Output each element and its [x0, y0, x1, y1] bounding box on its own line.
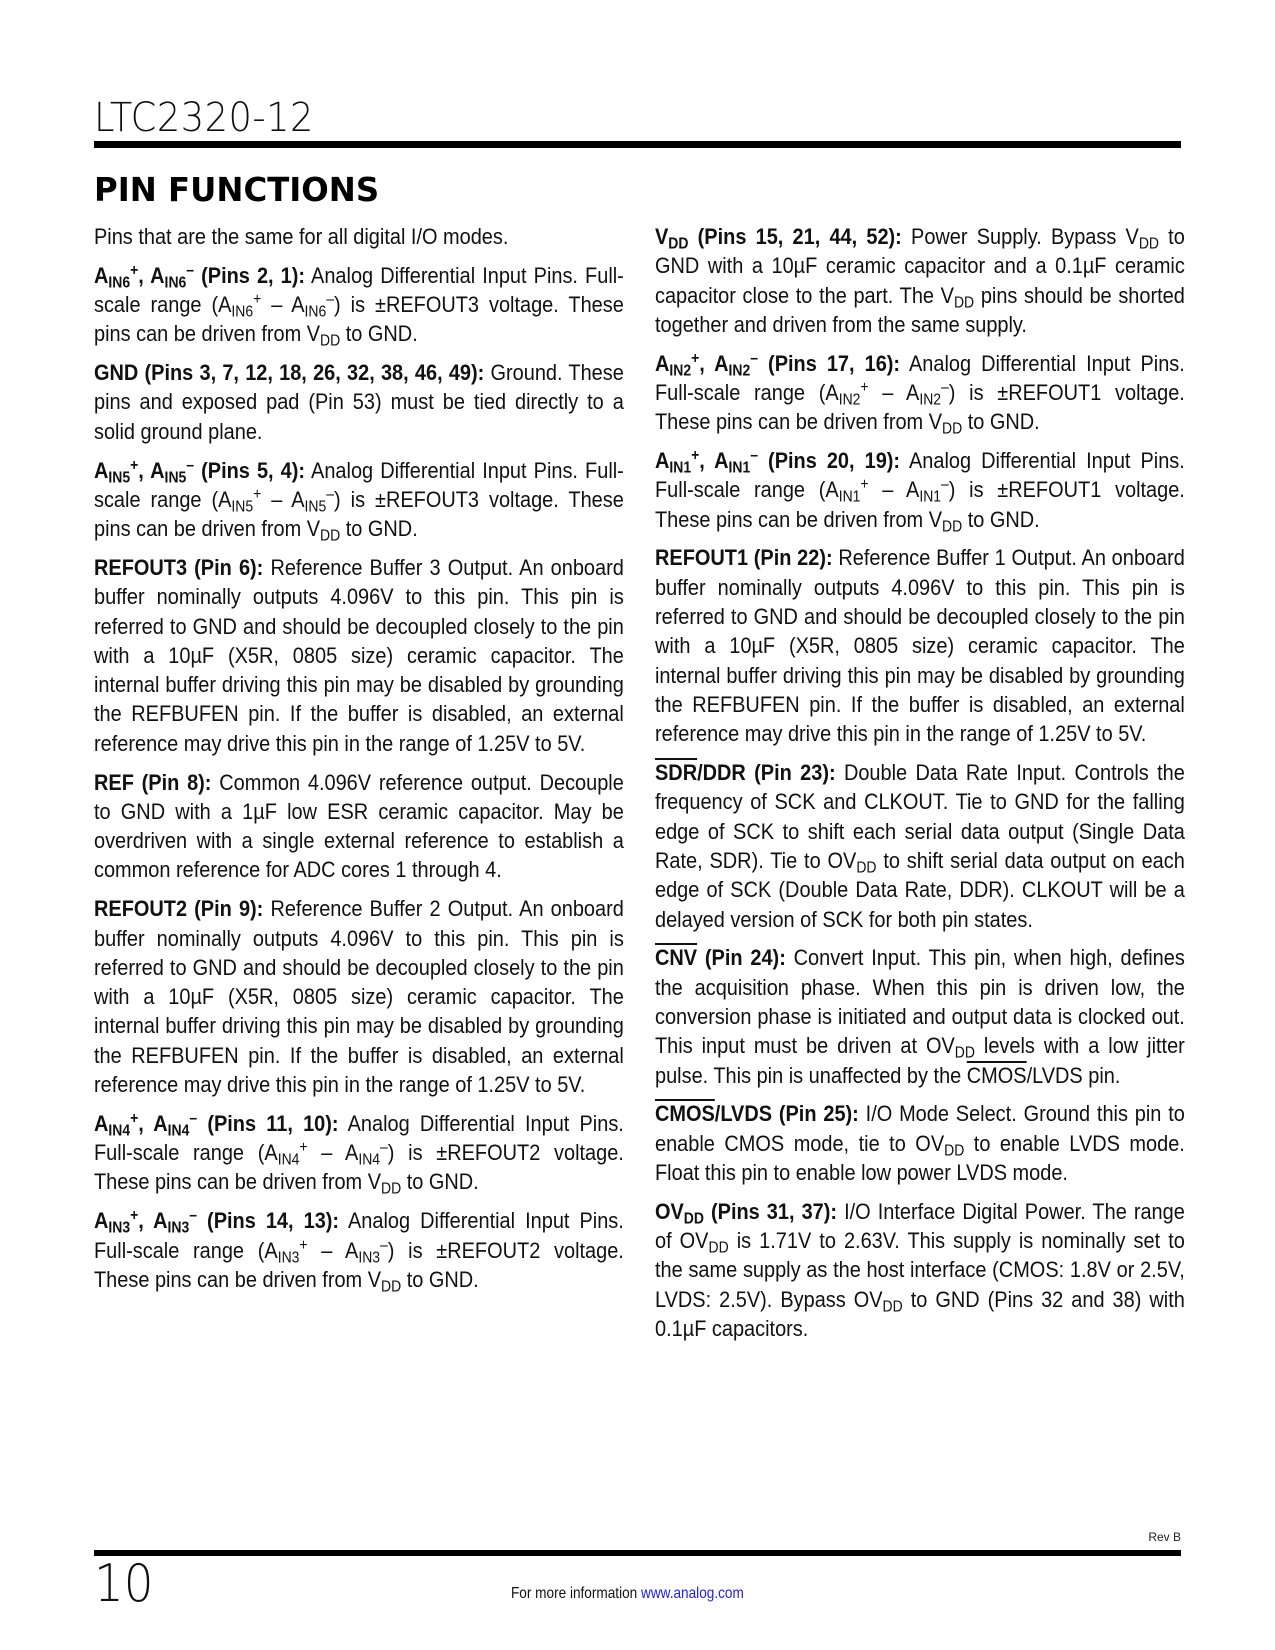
- text-run: DD: [942, 421, 962, 438]
- text-run: Power Supply. Bypass V: [902, 224, 1139, 249]
- text-run: Reference Buffer 2 Output. An onboard bu…: [94, 896, 624, 1097]
- pin-name: SDR: [655, 760, 697, 785]
- pin-description-vdd: VDD (Pins 15, 21, 44, 52): Power Supply.…: [655, 222, 1185, 339]
- pin-name: CMOS: [655, 1101, 715, 1126]
- pin-name: A: [94, 458, 108, 483]
- footer-rule: [94, 1550, 1181, 1556]
- pin-description-ref: REF (Pin 8): Common 4.096V reference out…: [94, 768, 624, 885]
- text-run: DD: [381, 1278, 401, 1295]
- text-run: IN4: [108, 1122, 130, 1139]
- pin-name: CNV: [655, 945, 697, 970]
- text-run: DD: [1139, 235, 1159, 252]
- text-run: (Pins 31, 37):: [704, 1199, 837, 1224]
- text-run: IN6: [305, 304, 327, 321]
- text-run: +: [691, 350, 699, 367]
- text-run: to GND.: [340, 321, 418, 346]
- text-run: DD: [320, 528, 340, 545]
- text-run: IN3: [278, 1249, 300, 1266]
- text-run: (Pin 24):: [697, 945, 786, 970]
- text-run: (Pins 5, 4):: [194, 458, 305, 483]
- pin-description-gnd: GND (Pins 3, 7, 12, 18, 26, 32, 38, 46, …: [94, 358, 624, 446]
- page-number: 10: [94, 1556, 154, 1612]
- text-run: –: [186, 457, 194, 474]
- text-run: IN2: [919, 391, 941, 408]
- pin-name: REFOUT1 (Pin 22):: [655, 545, 833, 570]
- pin-name: REFOUT2 (Pin 9):: [94, 896, 263, 921]
- text-run: IN5: [305, 498, 327, 515]
- pin-name: A: [94, 1111, 108, 1136]
- text-run: DD: [942, 518, 962, 535]
- pin-name: REF (Pin 8):: [94, 770, 211, 795]
- pin-name: A: [655, 448, 669, 473]
- text-run: Reference Buffer 1 Output. An onboard bu…: [655, 545, 1185, 746]
- text-run: (Pins 15, 21, 44, 52):: [688, 224, 901, 249]
- text-run: DD: [684, 1210, 704, 1227]
- pin-description-ain2: AIN2+, AIN2– (Pins 17, 16): Analog Diffe…: [655, 349, 1185, 437]
- text-run: IN4: [168, 1122, 190, 1139]
- text-run: (Pins 14, 13):: [197, 1208, 339, 1233]
- text-run: to GND.: [401, 1267, 479, 1292]
- text-run: IN6: [165, 274, 187, 291]
- text-run: –: [941, 477, 949, 494]
- text-run: IN2: [729, 362, 751, 379]
- text-run: /LVDS pin.: [1027, 1063, 1121, 1088]
- text-run: IN4: [278, 1152, 300, 1169]
- text-run: –: [380, 1237, 388, 1254]
- text-run: – A: [869, 477, 920, 502]
- pin-description-ain4: AIN4+, AIN4– (Pins 11, 10): Analog Diffe…: [94, 1109, 624, 1197]
- pin-description-ovdd: OVDD (Pins 31, 37): I/O Interface Digita…: [655, 1197, 1185, 1343]
- left-column: Pins that are the same for all digital I…: [94, 222, 624, 1304]
- text-run: , A: [699, 448, 728, 473]
- text-run: +: [130, 1110, 138, 1127]
- pin-name: A: [655, 351, 669, 376]
- text-run: –: [941, 379, 949, 396]
- pin-description-cnv: CNV (Pin 24): Convert Input. This pin, w…: [655, 943, 1185, 1089]
- footer-info-text: For more information: [511, 1585, 641, 1602]
- text-run: –: [326, 291, 334, 308]
- text-run: CMOS: [967, 1063, 1027, 1088]
- pin-description-cmos-lvds: CMOS/LVDS (Pin 25): I/O Mode Select. Gro…: [655, 1099, 1185, 1187]
- analog-website-link[interactable]: www.analog.com: [641, 1585, 744, 1602]
- text-run: DD: [883, 1298, 903, 1315]
- text-run: , A: [138, 1208, 167, 1233]
- text-run: IN1: [729, 459, 751, 476]
- text-run: +: [860, 379, 868, 396]
- text-run: DD: [320, 333, 340, 350]
- text-run: , A: [138, 1111, 167, 1136]
- text-run: –: [380, 1139, 388, 1156]
- text-run: DD: [381, 1181, 401, 1198]
- text-run: DD: [954, 294, 974, 311]
- text-run: (Pins 11, 10):: [197, 1111, 338, 1136]
- pin-name: REFOUT3 (Pin 6):: [94, 555, 263, 580]
- text-run: IN2: [669, 362, 691, 379]
- pin-name: A: [94, 263, 108, 288]
- pin-name: GND (Pins 3, 7, 12, 18, 26, 32, 38, 46, …: [94, 360, 484, 385]
- document-title: LTC2320-12: [94, 96, 314, 140]
- text-run: IN3: [168, 1220, 190, 1237]
- text-run: – A: [261, 292, 304, 317]
- text-run: IN6: [231, 304, 253, 321]
- pin-description-ain6: AIN6+, AIN6– (Pins 2, 1): Analog Differe…: [94, 261, 624, 349]
- pin-description-refout2: REFOUT2 (Pin 9): Reference Buffer 2 Outp…: [94, 894, 624, 1099]
- text-run: IN2: [839, 391, 861, 408]
- pin-description-refout1: REFOUT1 (Pin 22): Reference Buffer 1 Out…: [655, 543, 1185, 748]
- text-run: IN5: [165, 469, 187, 486]
- text-run: – A: [308, 1238, 359, 1263]
- text-run: to GND.: [962, 507, 1040, 532]
- text-run: /DDR (Pin 23):: [697, 760, 836, 785]
- text-run: IN4: [358, 1152, 380, 1169]
- text-run: Reference Buffer 3 Output. An onboard bu…: [94, 555, 624, 756]
- text-run: to GND.: [401, 1169, 479, 1194]
- text-run: IN1: [839, 489, 861, 506]
- text-run: to GND.: [340, 516, 418, 541]
- pin-description-ain3: AIN3+, AIN3– (Pins 14, 13): Analog Diffe…: [94, 1206, 624, 1294]
- text-run: , A: [699, 351, 728, 376]
- text-run: /LVDS (Pin 25):: [715, 1101, 859, 1126]
- text-run: IN6: [108, 274, 130, 291]
- pin-description-intro: Pins that are the same for all digital I…: [94, 222, 624, 251]
- text-run: +: [130, 457, 138, 474]
- pin-description-ain1: AIN1+, AIN1– (Pins 20, 19): Analog Diffe…: [655, 446, 1185, 534]
- text-run: , A: [138, 263, 164, 288]
- pin-name: A: [94, 1208, 108, 1233]
- text-run: IN3: [108, 1220, 130, 1237]
- pin-description-refout3: REFOUT3 (Pin 6): Reference Buffer 3 Outp…: [94, 553, 624, 758]
- datasheet-page: LTC2320-12 PIN FUNCTIONS Pins that are t…: [0, 0, 1275, 1650]
- text-run: (Pins 20, 19):: [758, 448, 900, 473]
- text-run: DD: [708, 1239, 728, 1256]
- text-run: IN1: [669, 459, 691, 476]
- revision-label: Rev B: [1148, 1530, 1181, 1544]
- text-run: IN5: [231, 498, 253, 515]
- text-run: to GND.: [962, 409, 1040, 434]
- text-run: – A: [261, 487, 304, 512]
- text-run: DD: [668, 235, 688, 252]
- header-rule: [94, 141, 1181, 148]
- pin-name: V: [655, 224, 668, 249]
- text-run: +: [691, 447, 699, 464]
- text-run: +: [253, 291, 261, 308]
- text-run: DD: [944, 1142, 964, 1159]
- pin-description-ain5: AIN5+, AIN5– (Pins 5, 4): Analog Differe…: [94, 456, 624, 544]
- text-run: +: [860, 477, 868, 494]
- section-title: PIN FUNCTIONS: [94, 170, 379, 210]
- text-run: (Pins 2, 1):: [194, 263, 305, 288]
- pin-description-sdr-ddr: SDR/DDR (Pin 23): Double Data Rate Input…: [655, 758, 1185, 934]
- text-run: DD: [955, 1045, 975, 1062]
- text-run: Pins that are the same for all digital I…: [94, 224, 508, 249]
- text-run: –: [326, 486, 334, 503]
- text-run: , A: [138, 458, 164, 483]
- text-run: +: [299, 1237, 307, 1254]
- text-run: – A: [869, 380, 920, 405]
- text-run: IN1: [919, 489, 941, 506]
- text-run: +: [299, 1139, 307, 1156]
- text-run: +: [130, 1207, 138, 1224]
- text-run: IN3: [358, 1249, 380, 1266]
- text-run: +: [130, 262, 138, 279]
- text-run: –: [186, 262, 194, 279]
- text-run: +: [253, 486, 261, 503]
- text-run: IN5: [108, 469, 130, 486]
- text-run: (Pins 17, 16):: [758, 351, 900, 376]
- pin-name: OV: [655, 1199, 684, 1224]
- text-run: – A: [308, 1140, 359, 1165]
- footer-info: For more information www.analog.com: [511, 1585, 744, 1603]
- right-column: VDD (Pins 15, 21, 44, 52): Power Supply.…: [655, 222, 1185, 1353]
- text-run: DD: [856, 859, 876, 876]
